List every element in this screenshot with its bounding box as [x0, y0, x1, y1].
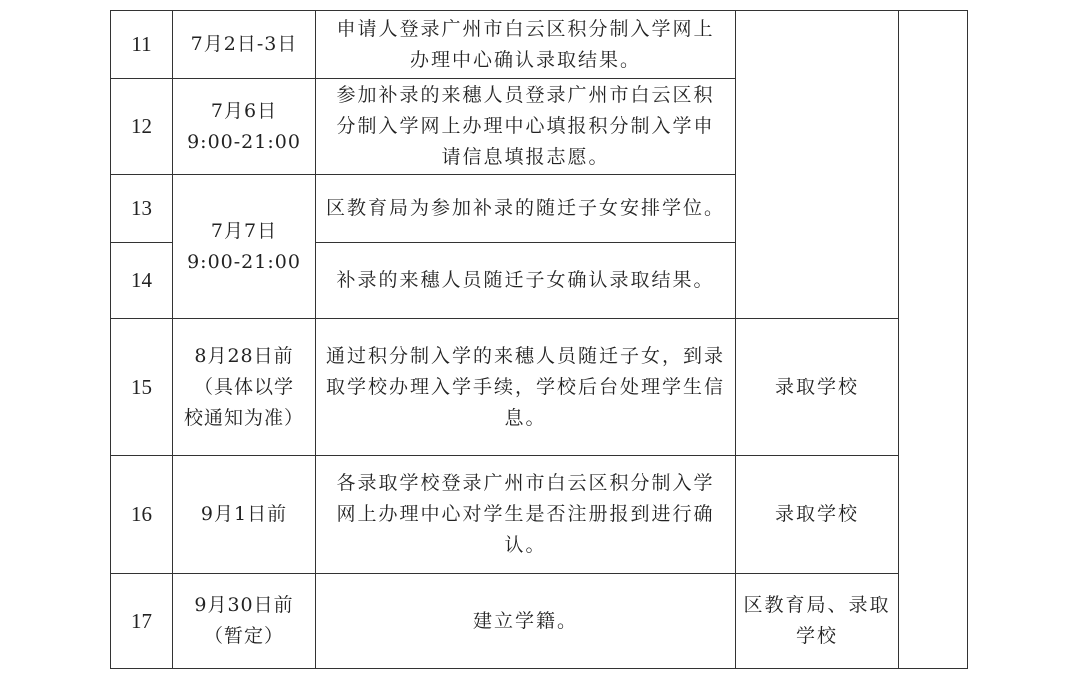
date-line: 9:00-21:00	[179, 247, 309, 278]
content-line: 认。	[326, 530, 725, 561]
table-row: 17 9月30日前 （暂定） 建立学籍。 区教育局、录取 学校	[111, 574, 968, 669]
content-line: 分制入学网上办理中心填报积分制入学申	[326, 111, 725, 142]
date-cell: 9月30日前 （暂定）	[173, 574, 316, 669]
content-cell: 通过积分制入学的来穗人员随迁子女，到录 取学校办理入学手续，学校后台处理学生信 …	[316, 319, 736, 456]
schedule-table: 11 7月2日-3日 申请人登录广州市白云区积分制入学网上 办理中心确认录取结果…	[110, 10, 968, 669]
table-row: 11 7月2日-3日 申请人登录广州市白云区积分制入学网上 办理中心确认录取结果…	[111, 11, 968, 79]
date-line: 9:00-21:00	[179, 127, 309, 158]
row-number: 16	[111, 456, 173, 574]
content-line: 申请人登录广州市白云区积分制入学网上	[326, 14, 725, 45]
row-number: 14	[111, 243, 173, 319]
content-cell: 参加补录的来穗人员登录广州市白云区积 分制入学网上办理中心填报积分制入学申 请信…	[316, 79, 736, 175]
responsible-line: 学校	[742, 621, 892, 652]
date-line: 7月7日	[179, 216, 309, 247]
content-cell: 建立学籍。	[316, 574, 736, 669]
date-line: 9月30日前	[179, 590, 309, 621]
table-row: 15 8月28日前 （具体以学 校通知为准） 通过积分制入学的来穗人员随迁子女，…	[111, 319, 968, 456]
content-cell: 申请人登录广州市白云区积分制入学网上 办理中心确认录取结果。	[316, 11, 736, 79]
content-line: 网上办理中心对学生是否注册报到进行确	[326, 499, 725, 530]
responsible-cell: 录取学校	[736, 456, 899, 574]
row-number: 17	[111, 574, 173, 669]
date-cell: 7月6日 9:00-21:00	[173, 79, 316, 175]
responsible-cell: 区教育局、录取 学校	[736, 574, 899, 669]
date-line: 9月1日前	[179, 499, 309, 530]
date-line: （暂定）	[179, 621, 309, 652]
content-line: 请信息填报志愿。	[326, 142, 725, 173]
row-number: 13	[111, 175, 173, 243]
content-line: 办理中心确认录取结果。	[326, 45, 725, 76]
date-cell: 8月28日前 （具体以学 校通知为准）	[173, 319, 316, 456]
date-line: 7月2日-3日	[179, 29, 309, 60]
row-number: 11	[111, 11, 173, 79]
responsible-cell	[736, 11, 899, 319]
date-cell: 7月2日-3日	[173, 11, 316, 79]
content-line: 参加补录的来穗人员登录广州市白云区积	[326, 80, 725, 111]
content-cell: 各录取学校登录广州市白云区积分制入学 网上办理中心对学生是否注册报到进行确 认。	[316, 456, 736, 574]
date-cell: 9月1日前	[173, 456, 316, 574]
date-line: 7月6日	[179, 96, 309, 127]
date-line: 校通知为准）	[179, 403, 309, 434]
responsible-cell: 录取学校	[736, 319, 899, 456]
content-line: 取学校办理入学手续，学校后台处理学生信	[326, 372, 725, 403]
content-line: 建立学籍。	[326, 606, 725, 637]
content-cell: 区教育局为参加补录的随迁子女安排学位。	[316, 175, 736, 243]
row-number: 12	[111, 79, 173, 175]
responsible-line: 录取学校	[742, 372, 892, 403]
responsible-line: 区教育局、录取	[742, 590, 892, 621]
date-line: 8月28日前	[179, 341, 309, 372]
content-line: 通过积分制入学的来穗人员随迁子女，到录	[326, 341, 725, 372]
date-line: （具体以学	[179, 372, 309, 403]
row-number: 15	[111, 319, 173, 456]
content-line: 息。	[326, 403, 725, 434]
content-cell: 补录的来穗人员随迁子女确认录取结果。	[316, 243, 736, 319]
responsible-line: 录取学校	[742, 499, 892, 530]
date-cell: 7月7日 9:00-21:00	[173, 175, 316, 319]
content-line: 各录取学校登录广州市白云区积分制入学	[326, 468, 725, 499]
table-row: 16 9月1日前 各录取学校登录广州市白云区积分制入学 网上办理中心对学生是否注…	[111, 456, 968, 574]
content-line: 区教育局为参加补录的随迁子女安排学位。	[326, 193, 725, 224]
remarks-cell	[899, 11, 968, 669]
content-line: 补录的来穗人员随迁子女确认录取结果。	[326, 265, 725, 296]
